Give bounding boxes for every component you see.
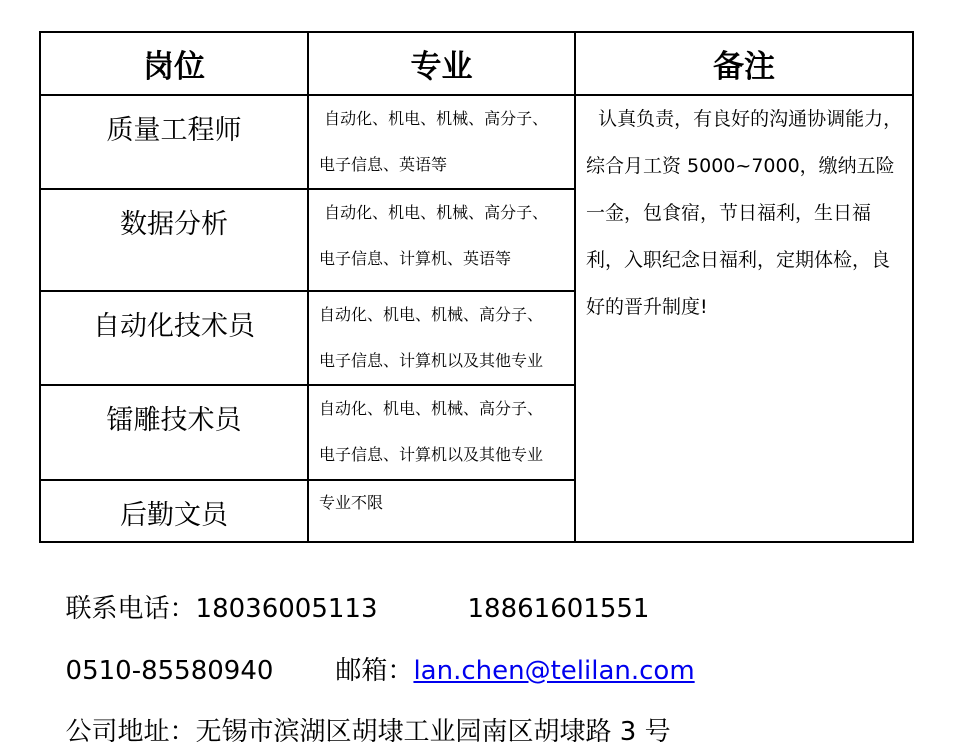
- major-cell: 专业不限: [308, 480, 575, 542]
- major-line: 电子信息、英语等: [319, 155, 447, 174]
- major-line: 自动化、机电、机械、高分子、: [319, 190, 574, 236]
- header-position: 岗位: [40, 32, 308, 95]
- major-line: 电子信息、计算机、英语等: [319, 249, 511, 268]
- job-table: 岗位 专业 备注 质量工程师 自动化、机电、机械、高分子、电子信息、英语等 认真…: [39, 31, 914, 543]
- position-cell: 数据分析: [40, 189, 308, 291]
- major-line: 专业不限: [319, 493, 383, 512]
- major-line: 自动化、机电、机械、高分子、: [319, 386, 574, 432]
- major-cell: 自动化、机电、机械、高分子、电子信息、计算机以及其他专业: [308, 385, 575, 480]
- major-cell: 自动化、机电、机械、高分子、电子信息、计算机以及其他专业: [308, 291, 575, 385]
- header-major: 专业: [308, 32, 575, 95]
- major-cell: 自动化、机电、机械、高分子、电子信息、英语等: [308, 95, 575, 189]
- phone-line: 联系电话：1803600511318861601551: [49, 558, 649, 625]
- email-line: 0510-85580940邮箱：lan.chen@telilan.com: [49, 620, 695, 687]
- header-note: 备注: [575, 32, 913, 95]
- position-cell: 质量工程师: [40, 95, 308, 189]
- address: 无锡市滨湖区胡埭工业园南区胡埭路 3 号: [196, 717, 671, 742]
- position-cell: 后勤文员: [40, 480, 308, 542]
- table-row: 质量工程师 自动化、机电、机械、高分子、电子信息、英语等 认真负责，有良好的沟通…: [40, 95, 913, 189]
- major-cell: 自动化、机电、机械、高分子、电子信息、计算机、英语等: [308, 189, 575, 291]
- major-line: 自动化、机电、机械、高分子、: [319, 292, 574, 338]
- table-header-row: 岗位 专业 备注: [40, 32, 913, 95]
- address-line: 公司地址：无锡市滨湖区胡埭工业园南区胡埭路 3 号: [49, 681, 671, 742]
- address-label: 公司地址：: [66, 717, 196, 742]
- major-line: 电子信息、计算机以及其他专业: [319, 445, 543, 464]
- major-line: 电子信息、计算机以及其他专业: [319, 351, 543, 370]
- position-cell: 镭雕技术员: [40, 385, 308, 480]
- position-cell: 自动化技术员: [40, 291, 308, 385]
- note-cell: 认真负责，有良好的沟通协调能力，综合月工资 5000~7000，缴纳五险一金，包…: [575, 95, 913, 542]
- major-line: 自动化、机电、机械、高分子、: [319, 96, 574, 142]
